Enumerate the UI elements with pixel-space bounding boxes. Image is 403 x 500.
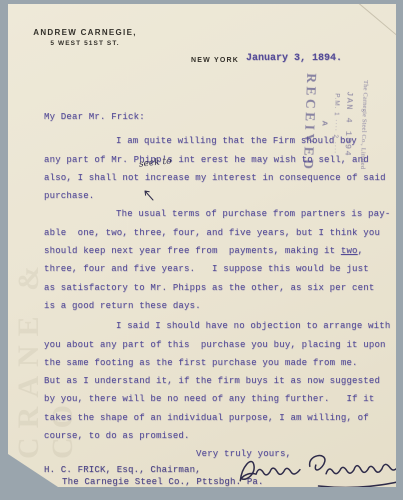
body-line: three, four and five years. I suppose th… — [44, 260, 380, 278]
handwritten-insertion: seek to — [138, 152, 172, 174]
letter-paper: CRANE & CO ANDREW CARNEGIE, 5 WEST 51ST … — [8, 4, 396, 487]
body-text: should keep next year free from payments… — [44, 246, 341, 256]
body-text: increase my interest in consequence of s… — [145, 173, 386, 183]
letterhead-name: ANDREW CARNEGIE, — [30, 28, 140, 37]
body-text: also, I shall not — [44, 173, 145, 183]
body-text: , — [358, 246, 364, 256]
dateline-date: January 3, 1894. — [246, 53, 342, 64]
letterhead: ANDREW CARNEGIE, 5 WEST 51ST ST. — [30, 28, 140, 47]
insertion-caret-icon — [143, 189, 154, 201]
body-line-with-insertion: also, I shall not seek toincrease my int… — [44, 169, 380, 187]
body-line: by you, there will be no need of any thi… — [44, 390, 380, 408]
body-line: The usual terms of purchase from partner… — [44, 205, 380, 223]
body-line: the same footing as the first purchase y… — [44, 354, 380, 372]
letter-body: My Dear Mr. Frick: I am quite willing th… — [44, 108, 380, 464]
body-line-with-underline: should keep next year free from payments… — [44, 242, 380, 260]
body-line: takes the shape of an individual purpose… — [44, 409, 380, 427]
letterhead-address: 5 WEST 51ST ST. — [30, 40, 140, 47]
body-line: any part of Mr. Phipp's int erest he may… — [44, 151, 380, 169]
underlined-word: two — [341, 246, 358, 256]
body-line: I said I should have no objection to arr… — [44, 317, 380, 335]
body-line: I am quite willing that the Firm should … — [44, 132, 380, 150]
body-line: able one, two, three, four, and five yea… — [44, 224, 380, 242]
salutation: My Dear Mr. Frick: — [44, 108, 380, 126]
paper-crease — [354, 0, 403, 50]
body-line: as satisfactory to Mr. Phipps as the oth… — [44, 279, 380, 297]
body-line: But as I understand it, if the firm buys… — [44, 372, 380, 390]
dateline-place: NEW YORK — [191, 57, 239, 64]
signature-handwriting — [229, 445, 403, 497]
body-line: course, to do as promised. — [44, 427, 380, 445]
body-line: is a good return these days. — [44, 297, 380, 315]
body-line: you about any part of this purchase you … — [44, 336, 380, 354]
body-line: purchase. — [44, 187, 380, 205]
